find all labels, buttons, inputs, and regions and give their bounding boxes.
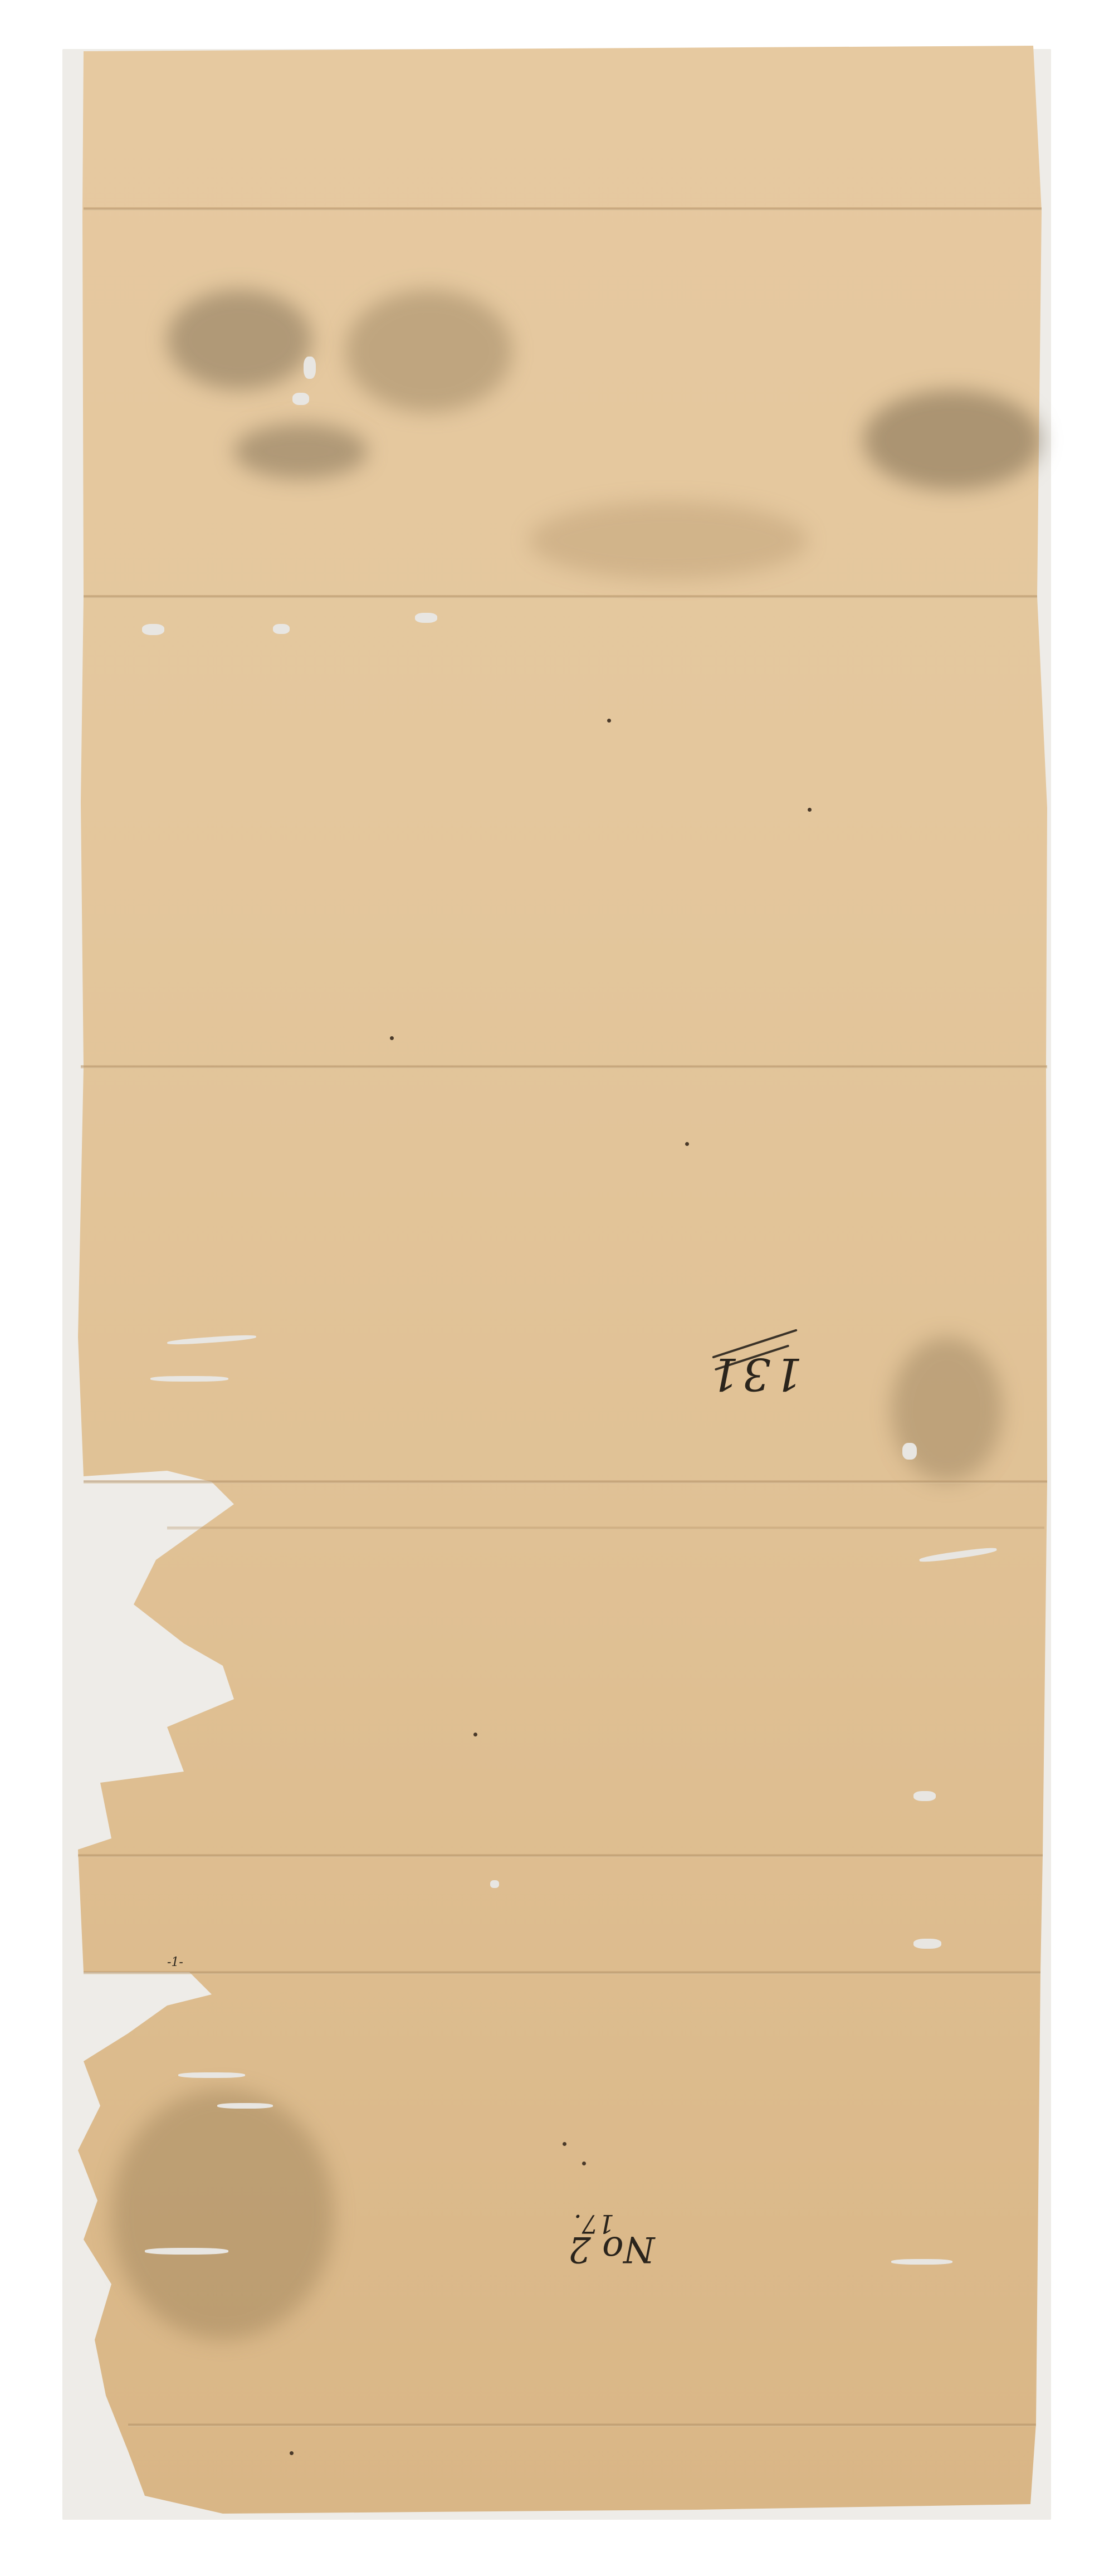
insect-hole: [178, 2072, 245, 2078]
ink-speck: [473, 1733, 477, 1736]
insect-hole: [150, 1376, 228, 1382]
insect-hole: [217, 2103, 273, 2109]
insect-hole: [902, 1443, 917, 1460]
ink-speck: [582, 2162, 586, 2165]
insect-hole: [292, 393, 309, 405]
stain: [111, 2089, 334, 2340]
item-number: No 2: [568, 2228, 655, 2270]
document-photo: 131 17. No 2 -1-: [0, 0, 1114, 2576]
fold-line: [167, 1526, 1044, 1530]
stain: [234, 423, 368, 479]
insect-hole: [490, 1880, 499, 1888]
stain: [529, 501, 808, 579]
fold-line: [84, 1480, 1047, 1484]
insect-hole: [273, 624, 290, 634]
insect-hole: [304, 357, 316, 379]
fragment-mark: -1-: [167, 1955, 183, 1969]
insect-hole: [913, 1791, 936, 1801]
insect-hole: [891, 2259, 952, 2265]
ink-speck: [607, 719, 611, 723]
folio-number: 131: [707, 1348, 803, 1400]
fold-line: [81, 1065, 1047, 1069]
ink-speck: [290, 2451, 294, 2455]
fold-line: [84, 207, 1042, 211]
stain: [345, 290, 512, 412]
ink-speck: [390, 1036, 394, 1040]
insect-hole: [145, 2248, 228, 2255]
fold-line: [78, 1854, 1043, 1857]
ink-speck: [808, 808, 812, 812]
stain: [167, 290, 312, 390]
stain: [891, 1337, 1003, 1482]
fold-line: [84, 1971, 1040, 1974]
insect-hole: [142, 624, 164, 635]
insect-hole: [913, 1939, 941, 1949]
ink-speck: [685, 1142, 689, 1146]
ink-speck: [563, 2142, 566, 2146]
insect-hole: [415, 613, 437, 623]
fold-line: [84, 595, 1037, 598]
fold-line: [128, 2423, 1036, 2427]
stain: [863, 390, 1042, 490]
